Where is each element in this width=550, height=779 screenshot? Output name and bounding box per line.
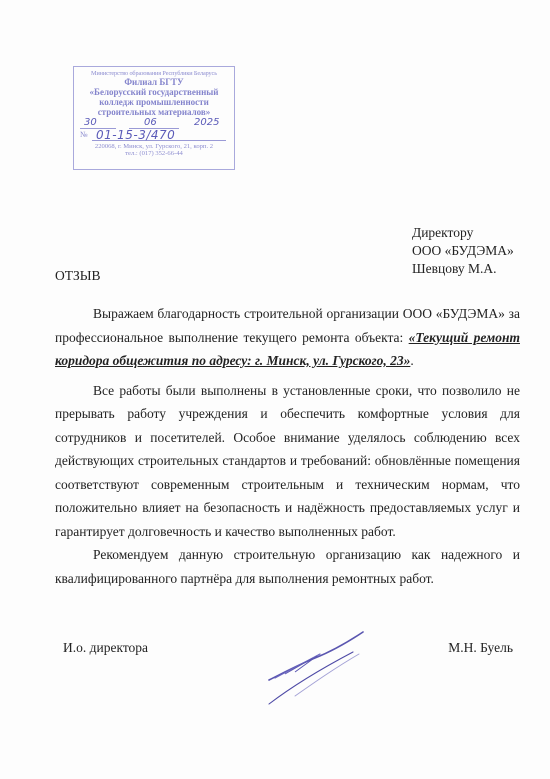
paragraph-3: Рекомендуем данную строительную организа… <box>55 543 520 590</box>
paragraph-1: Выражаем благодарность строительной орга… <box>55 302 520 373</box>
stamp-ministry: Министерство образования Республики Бела… <box>74 70 234 77</box>
document-body: Выражаем благодарность строительной орга… <box>55 302 520 590</box>
paragraph-2: Все работы были выполнены в установленны… <box>55 379 520 544</box>
addressee-name: Шевцову М.А. <box>412 260 514 278</box>
stamp-line-3: колледж промышленности <box>74 97 234 107</box>
addressee-block: Директору ООО «БУДЭМА» Шевцову М.А. <box>412 224 514 278</box>
stamp-date-year: 2025 <box>194 117 219 128</box>
stamp-number-prefix: № <box>80 130 88 139</box>
document-title: ОТЗЫВ <box>55 268 101 284</box>
stamp-date-month: 06 <box>144 117 157 128</box>
registration-stamp: Министерство образования Республики Бела… <box>73 66 235 170</box>
stamp-address: 220068, г. Минск, ул. Гурского, 21, корп… <box>74 143 234 150</box>
stamp-number: № 01-15-3/470 <box>74 129 234 141</box>
stamp-line-4: строительных материалов» <box>74 107 234 117</box>
stamp-phone: тел.: (017) 352-66-44 <box>74 150 234 157</box>
signer-name: М.Н. Буель <box>448 640 513 656</box>
addressee-position: Директору <box>412 224 514 242</box>
signer-role: И.о. директора <box>63 640 148 656</box>
stamp-line-2: «Белорусский государственный <box>74 87 234 97</box>
stamp-number-value: 01-15-3/470 <box>96 128 175 142</box>
paragraph-1-end: . <box>410 353 413 368</box>
handwritten-signature-icon <box>255 628 395 708</box>
document-page: Министерство образования Республики Бела… <box>0 0 550 779</box>
stamp-line-1: Филиал БГТУ <box>74 77 234 87</box>
addressee-company: ООО «БУДЭМА» <box>412 242 514 260</box>
stamp-date-day: 30 <box>84 117 97 128</box>
